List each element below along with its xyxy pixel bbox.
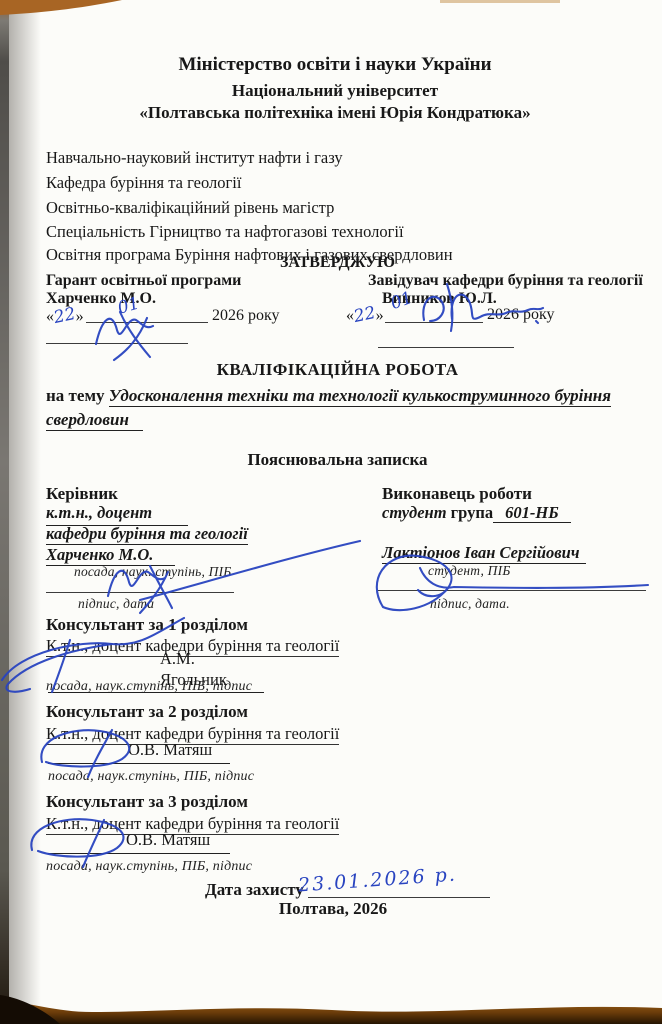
executor-name-row: Лактіонов Іван Сергійович <box>382 543 586 564</box>
consultant-2-caption: посада, наук.ступінь, ПІБ, підпис <box>48 768 254 786</box>
theme-line-1: на тему Удосконалення техніки та техноло… <box>46 385 646 406</box>
supervisor-degree-row: к.т.н., доцент <box>46 503 188 526</box>
guarantor-signature <box>96 312 153 360</box>
defense-date-handwritten: 23.01.2026 р. <box>297 863 457 898</box>
guarantor-role: Гарант освітньої програми <box>46 271 241 291</box>
work-title: КВАЛІФІКАЦІЙНА РОБОТА <box>45 359 630 380</box>
supervisor-signature-line <box>46 592 234 593</box>
consultant-2-name: О.В. Матяш <box>48 740 230 764</box>
supervisor-label: Керівник <box>46 483 118 504</box>
guarantor-year: 2026 року <box>212 306 280 326</box>
executor-group: 601-НБ <box>493 503 571 523</box>
consultant-3-caption: посада, наук.ступінь, ПІБ, підпис <box>46 858 252 876</box>
executor-label: Виконавець роботи <box>382 483 532 504</box>
scan-bottom-edge <box>0 1001 662 1024</box>
footer-city-year: Полтава, 2026 <box>40 898 626 919</box>
supervisor-department-row: кафедри буріння та геології <box>46 524 248 545</box>
executor-group-row: студент група601-НБ <box>382 503 571 524</box>
consultant-1-header: Консультант за 1 розділом <box>46 614 248 635</box>
theme-text-2: свердловин <box>46 410 143 431</box>
supervisor-department: кафедри буріння та геології <box>46 524 248 545</box>
info-line-department: Кафедра буріння та геології <box>46 173 241 194</box>
ministry-line: Міністерство освіти і науки України <box>45 53 625 77</box>
executor-caption-position: студент, ПІБ <box>428 563 510 580</box>
dept-head-day-handwritten: 22 <box>352 303 378 328</box>
info-line-speciality: Спеціальність Гірництво та нафтогазові т… <box>46 222 404 243</box>
consultant-2-header: Консультант за 2 розділом <box>46 701 248 722</box>
dept-head-year: 2026 року <box>487 305 555 325</box>
university-line-1: Національний університет <box>45 80 625 101</box>
consultant-3-header: Консультант за 3 розділом <box>46 791 248 812</box>
supervisor-caption-position: посада, наук. ступінь, ПІБ <box>74 564 231 581</box>
theme-text-1: Удосконалення техніки та технології куль… <box>109 386 611 407</box>
theme-line-2: свердловин <box>46 409 143 430</box>
approve-word: ЗАТВЕРДЖУЮ <box>45 253 630 273</box>
info-line-institute: Навчально-науковий інститут нафти і газу <box>46 148 343 169</box>
executor-role: студент <box>382 503 447 522</box>
consultant-1-caption: посада, наук.ступінь, ПІБ, підпис <box>46 678 252 696</box>
scan-left-edge <box>0 0 9 1024</box>
theme-label: на тему <box>46 386 105 405</box>
university-line-2: «Полтавська політехніка імені Юрія Кондр… <box>45 102 625 123</box>
supervisor-name-row: Харченко М.О. <box>46 545 175 566</box>
executor-name: Лактіонов Іван Сергійович <box>382 543 586 564</box>
dept-head-date-line <box>385 322 483 323</box>
info-line-level: Освітньо-кваліфікаційний рівень магістр <box>46 198 334 219</box>
dept-head-role: Завідувач кафедри буріння та геології <box>368 271 643 291</box>
consultant-3-name: О.В. Матяш <box>48 830 230 854</box>
scan-left-shadow <box>9 0 41 1024</box>
work-subtitle: Пояснювальна записка <box>45 449 630 470</box>
scan-top-right-edge <box>440 0 560 3</box>
guarantor-date-line <box>86 322 208 323</box>
dept-head-date-row: «22» <box>346 305 384 326</box>
supervisor-caption-signature: підпис, дата <box>78 596 154 613</box>
scanned-title-page: Міністерство освіти і науки України Наці… <box>0 0 662 1024</box>
executor-caption-signature: підпис, дата. <box>430 596 510 613</box>
supervisor-degree: к.т.н., доцент <box>46 503 188 526</box>
dept-head-signature-line <box>378 347 514 348</box>
guarantor-signature-line <box>46 343 188 344</box>
executor-signature-line <box>378 590 646 591</box>
guarantor-day-handwritten: 22 <box>52 304 78 329</box>
executor-group-label: група <box>451 503 493 522</box>
supervisor-name: Харченко М.О. <box>46 545 175 566</box>
guarantor-date-row: «22» <box>46 306 84 327</box>
